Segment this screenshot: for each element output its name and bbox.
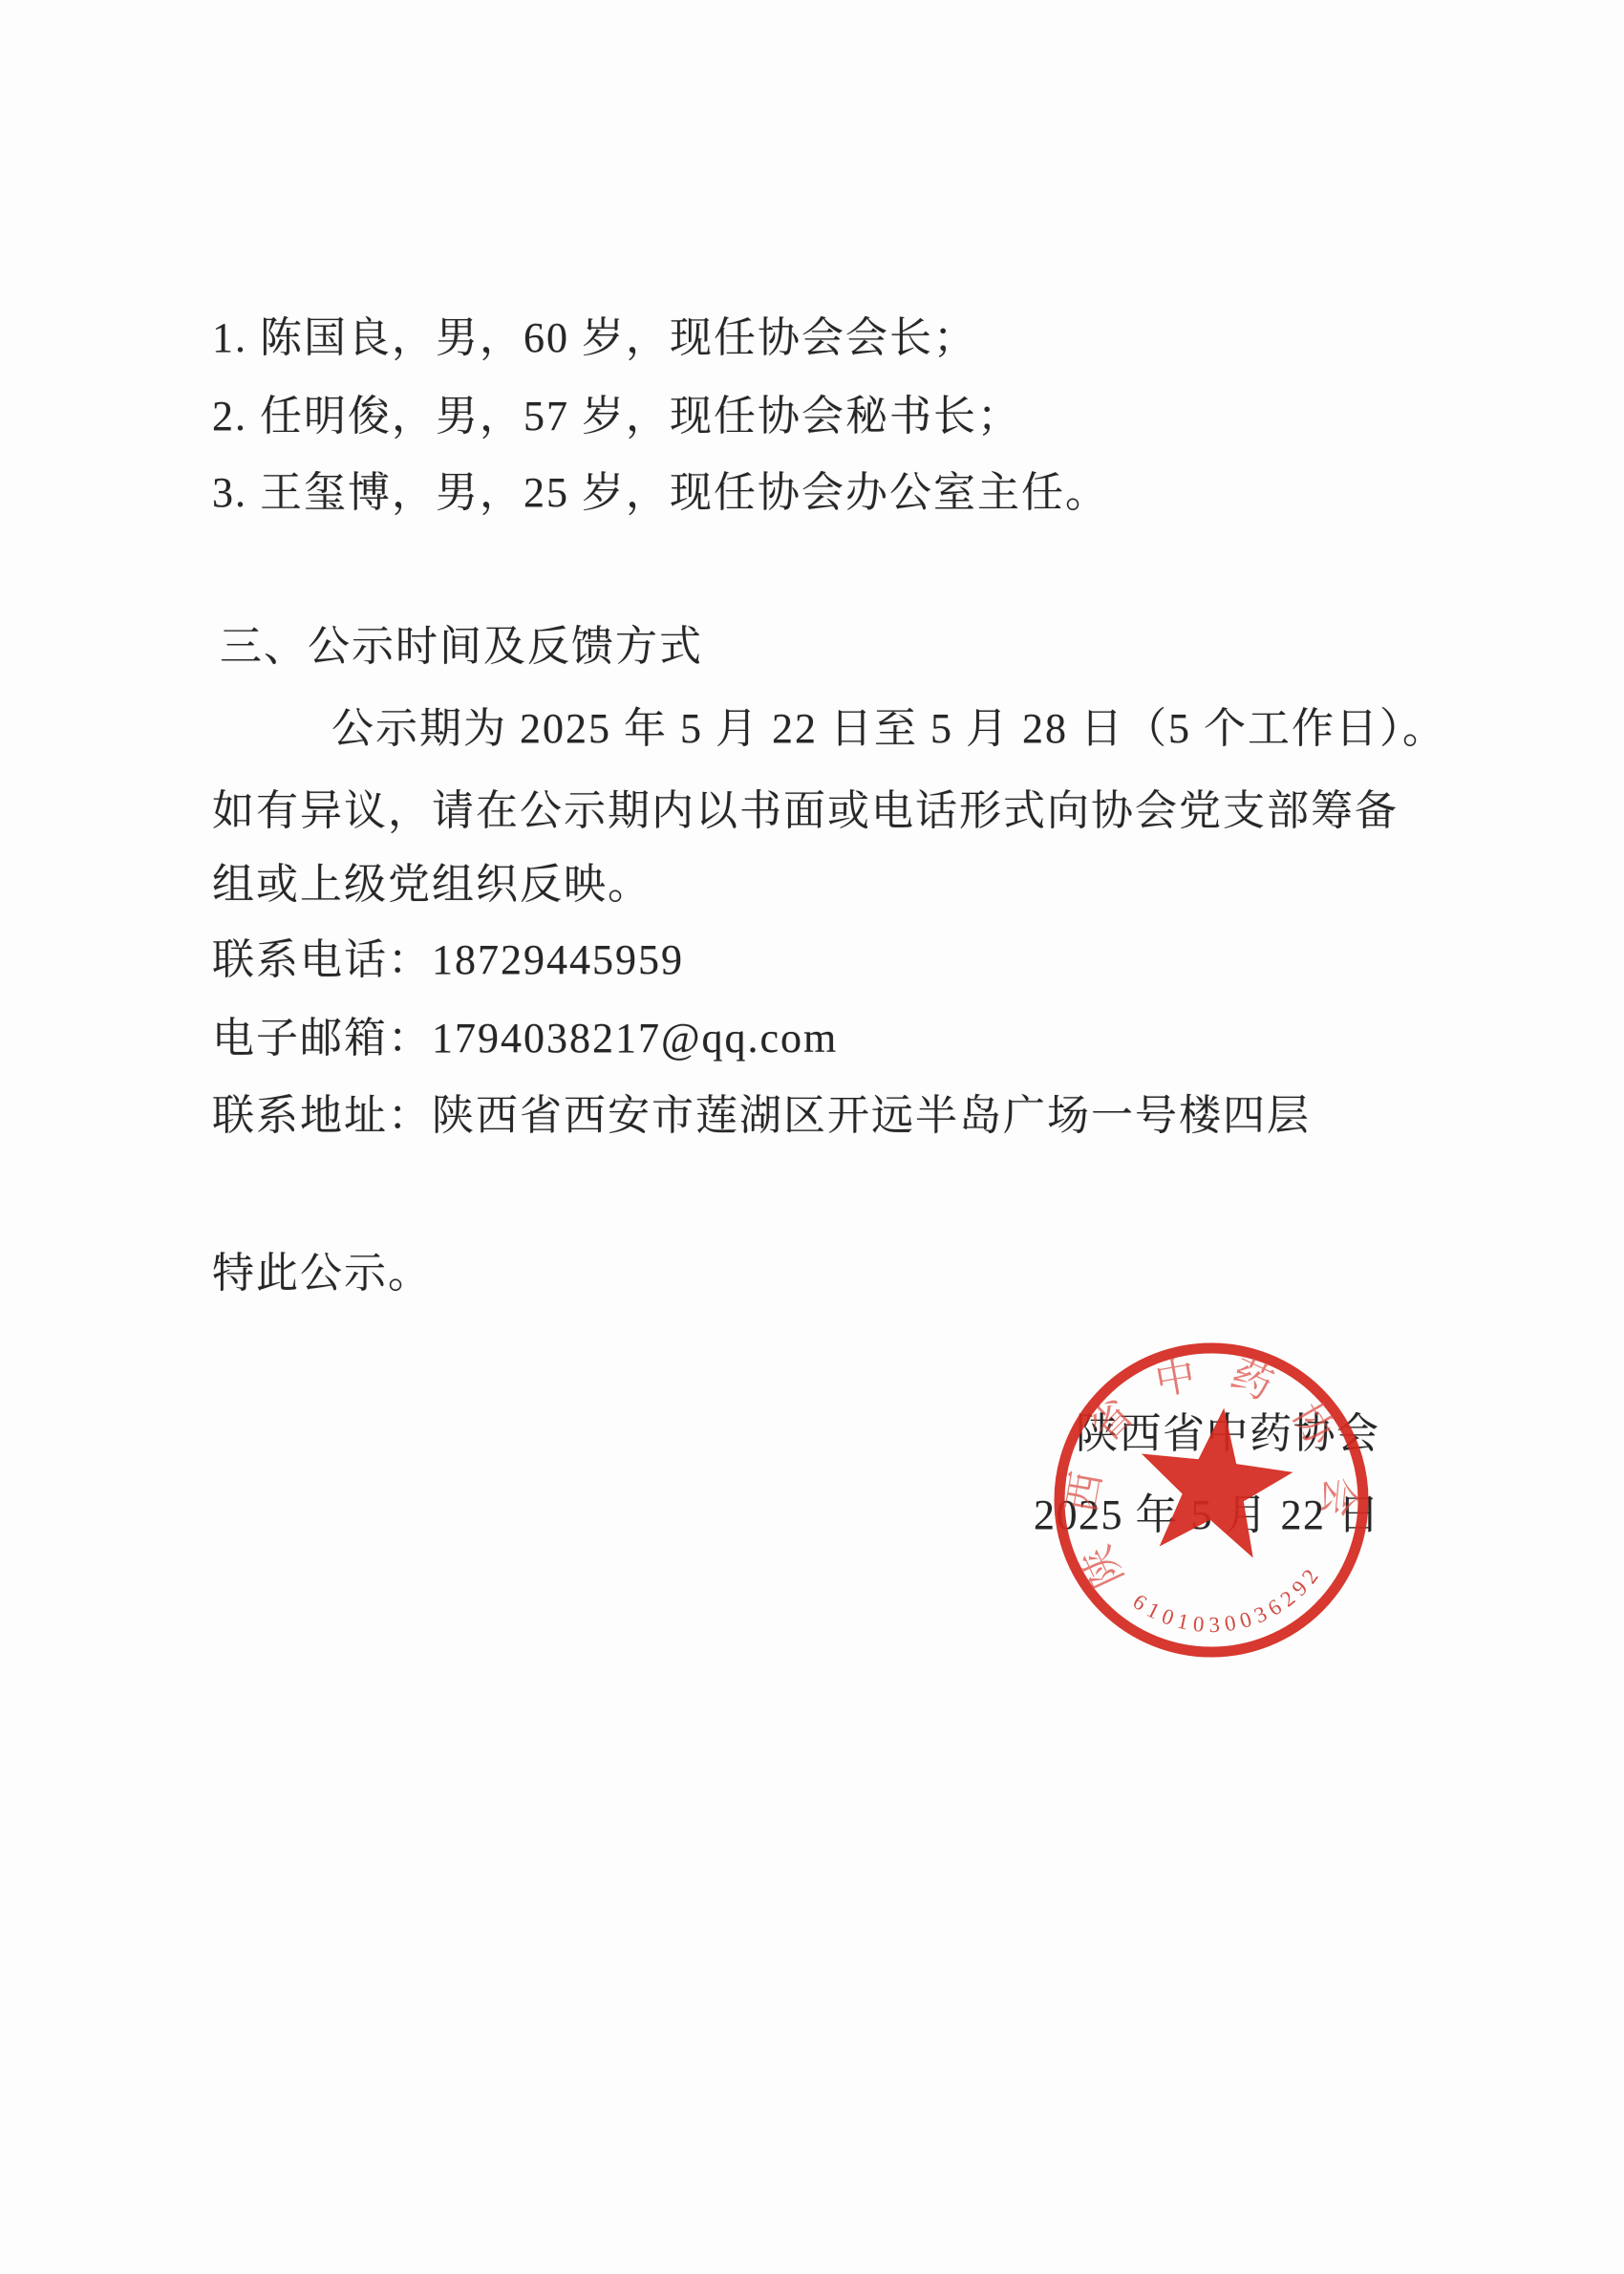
contact-phone-row: 联系电话：18729445959 <box>212 925 684 986</box>
candidate-list-item-1: 1. 陈国良，男，60 岁，现任协会会长； <box>212 303 977 364</box>
paragraph-line-2: 如有异议，请在公示期内以书面或电话形式向协会党支部筹备 <box>212 776 1399 837</box>
contact-email-value: 1794038217@qq.com <box>432 1015 838 1062</box>
paragraph-line-3: 组或上级党组织反映。 <box>212 849 652 911</box>
document-page: 1. 陈国良，男，60 岁，现任协会会长； 2. 任明俊，男，57 岁，现任协会… <box>0 0 1624 2274</box>
contact-email-row: 电子邮箱：1794038217@qq.com <box>212 1003 838 1064</box>
contact-address-row: 联系地址：陕西省西安市莲湖区开远半岛广场一号楼四层 <box>212 1081 1311 1142</box>
contact-address-label: 联系地址： <box>212 1092 432 1139</box>
candidate-list-item-3: 3. 王玺博，男，25 岁，现任协会办公室主任。 <box>212 458 1109 519</box>
seal-star <box>1130 1399 1299 1561</box>
contact-phone-value: 18729445959 <box>432 936 684 983</box>
contact-phone-label: 联系电话： <box>212 936 432 983</box>
official-seal: 陕西省中药协会 6101030036292 <box>1046 1333 1380 1677</box>
closing-statement: 特此公示。 <box>212 1238 432 1299</box>
contact-address-value: 陕西省西安市莲湖区开远半岛广场一号楼四层 <box>432 1092 1311 1139</box>
contact-email-label: 电子邮箱： <box>212 1015 432 1062</box>
section-heading: 三、公示时间及反馈方式 <box>220 611 703 673</box>
paragraph-line-1: 公示期为 2025 年 5 月 22 日至 5 月 28 日（5 个工作日）。 <box>331 694 1446 755</box>
candidate-list-item-2: 2. 任明俊，男，57 岁，现任协会秘书长； <box>212 381 1021 442</box>
